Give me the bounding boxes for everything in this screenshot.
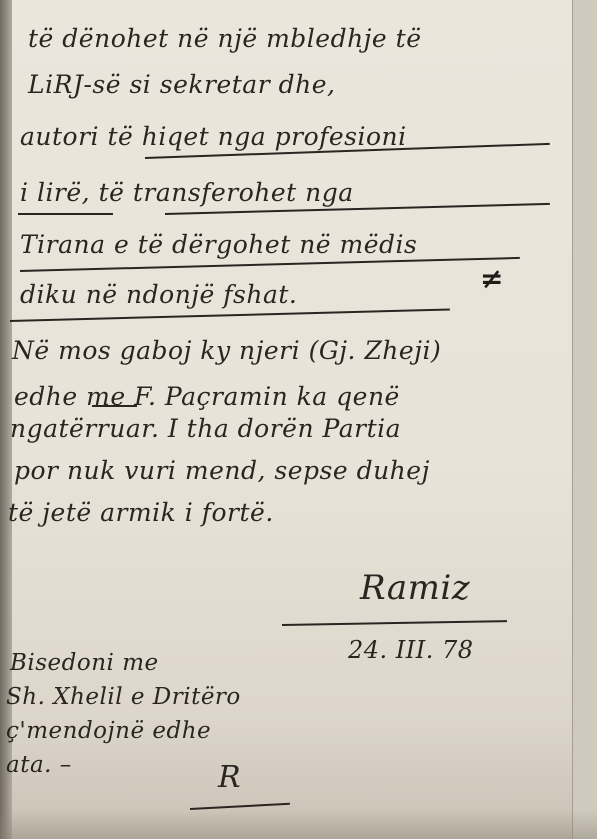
letter-line-6: diku në ndonjë fshat. (20, 280, 297, 309)
letter-line-7: Në mos gaboj ky njeri (Gj. Zheji) (12, 336, 441, 365)
letter-line-11: të jetë armik i fortë. (8, 498, 274, 527)
letter-line-5: Tirana e të dërgohet në mëdis (20, 230, 417, 259)
note-line-2: Sh. Xhelil e Dritëro (6, 684, 241, 710)
note-line-3: ç'mendojnë edhe (6, 718, 211, 744)
underline-8 (92, 405, 137, 407)
strike-mark: ≠ (480, 262, 503, 295)
signature: Ramiz (360, 568, 470, 608)
letter-line-10: por nuk vuri mend, sepse duhej (14, 456, 430, 485)
letter-line-9: ngatërruar. I tha dorën Partia (10, 414, 401, 443)
note-line-1: Bisedoni me (10, 650, 159, 676)
note-line-4: ata. – (6, 752, 72, 778)
letter-date: 24. III. 78 (348, 636, 474, 664)
underline-4a (18, 213, 113, 215)
letter-line-4: i lirë, të transferohet nga (20, 178, 354, 207)
letter-line-1: të dënohet në një mbledhje të (28, 24, 422, 53)
letter-line-8: edhe me F. Paçramin ka qenë (14, 382, 400, 411)
letter-line-2: LiRJ-së si sekretar dhe, (28, 70, 335, 99)
letter-line-3: autori të hiqet nga profesioni (20, 122, 407, 151)
scan-bottom-shadow (0, 810, 597, 839)
note-initial: R (218, 760, 241, 795)
scan-right-edge (572, 0, 597, 839)
